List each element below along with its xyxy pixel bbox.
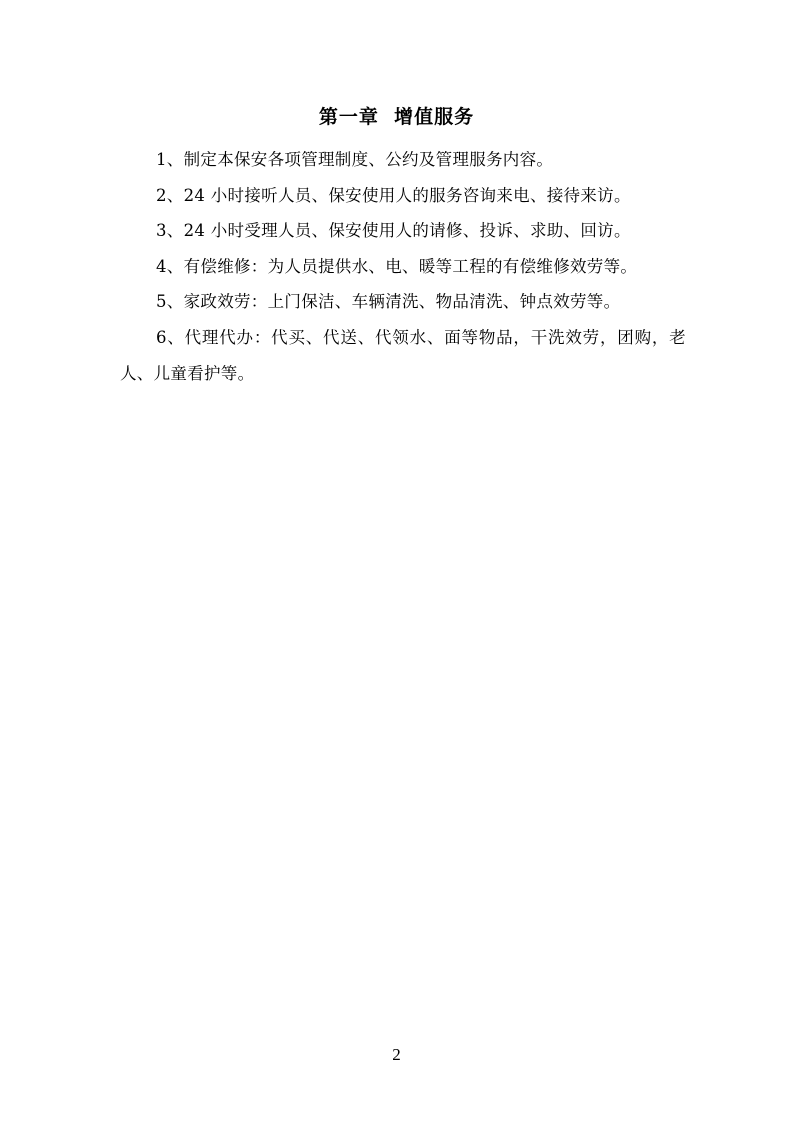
document-body: 1、制定本保安各项管理制度、公约及管理服务内容。 2、24 小时接听人员、保安使… (120, 142, 686, 391)
paragraph-item-2: 2、24 小时接听人员、保安使用人的服务咨询来电、接待来访。 (120, 178, 686, 214)
chapter-title: 第一章 增值服务 (0, 102, 793, 132)
paragraph-item-5: 5、家政效劳：上门保洁、车辆清洗、物品清洗、钟点效劳等。 (120, 284, 686, 320)
document-page: 第一章 增值服务 1、制定本保安各项管理制度、公约及管理服务内容。 2、24 小… (0, 0, 793, 1122)
page-number: 2 (0, 1044, 793, 1066)
paragraph-item-3: 3、24 小时受理人员、保安使用人的请修、投诉、求助、回访。 (120, 213, 686, 249)
paragraph-item-1: 1、制定本保安各项管理制度、公约及管理服务内容。 (120, 142, 686, 178)
paragraph-item-6: 6、代理代办：代买、代送、代领水、面等物品，干洗效劳，团购，老人、儿童看护等。 (120, 320, 686, 391)
paragraph-item-4: 4、有偿维修：为人员提供水、电、暖等工程的有偿维修效劳等。 (120, 249, 686, 285)
